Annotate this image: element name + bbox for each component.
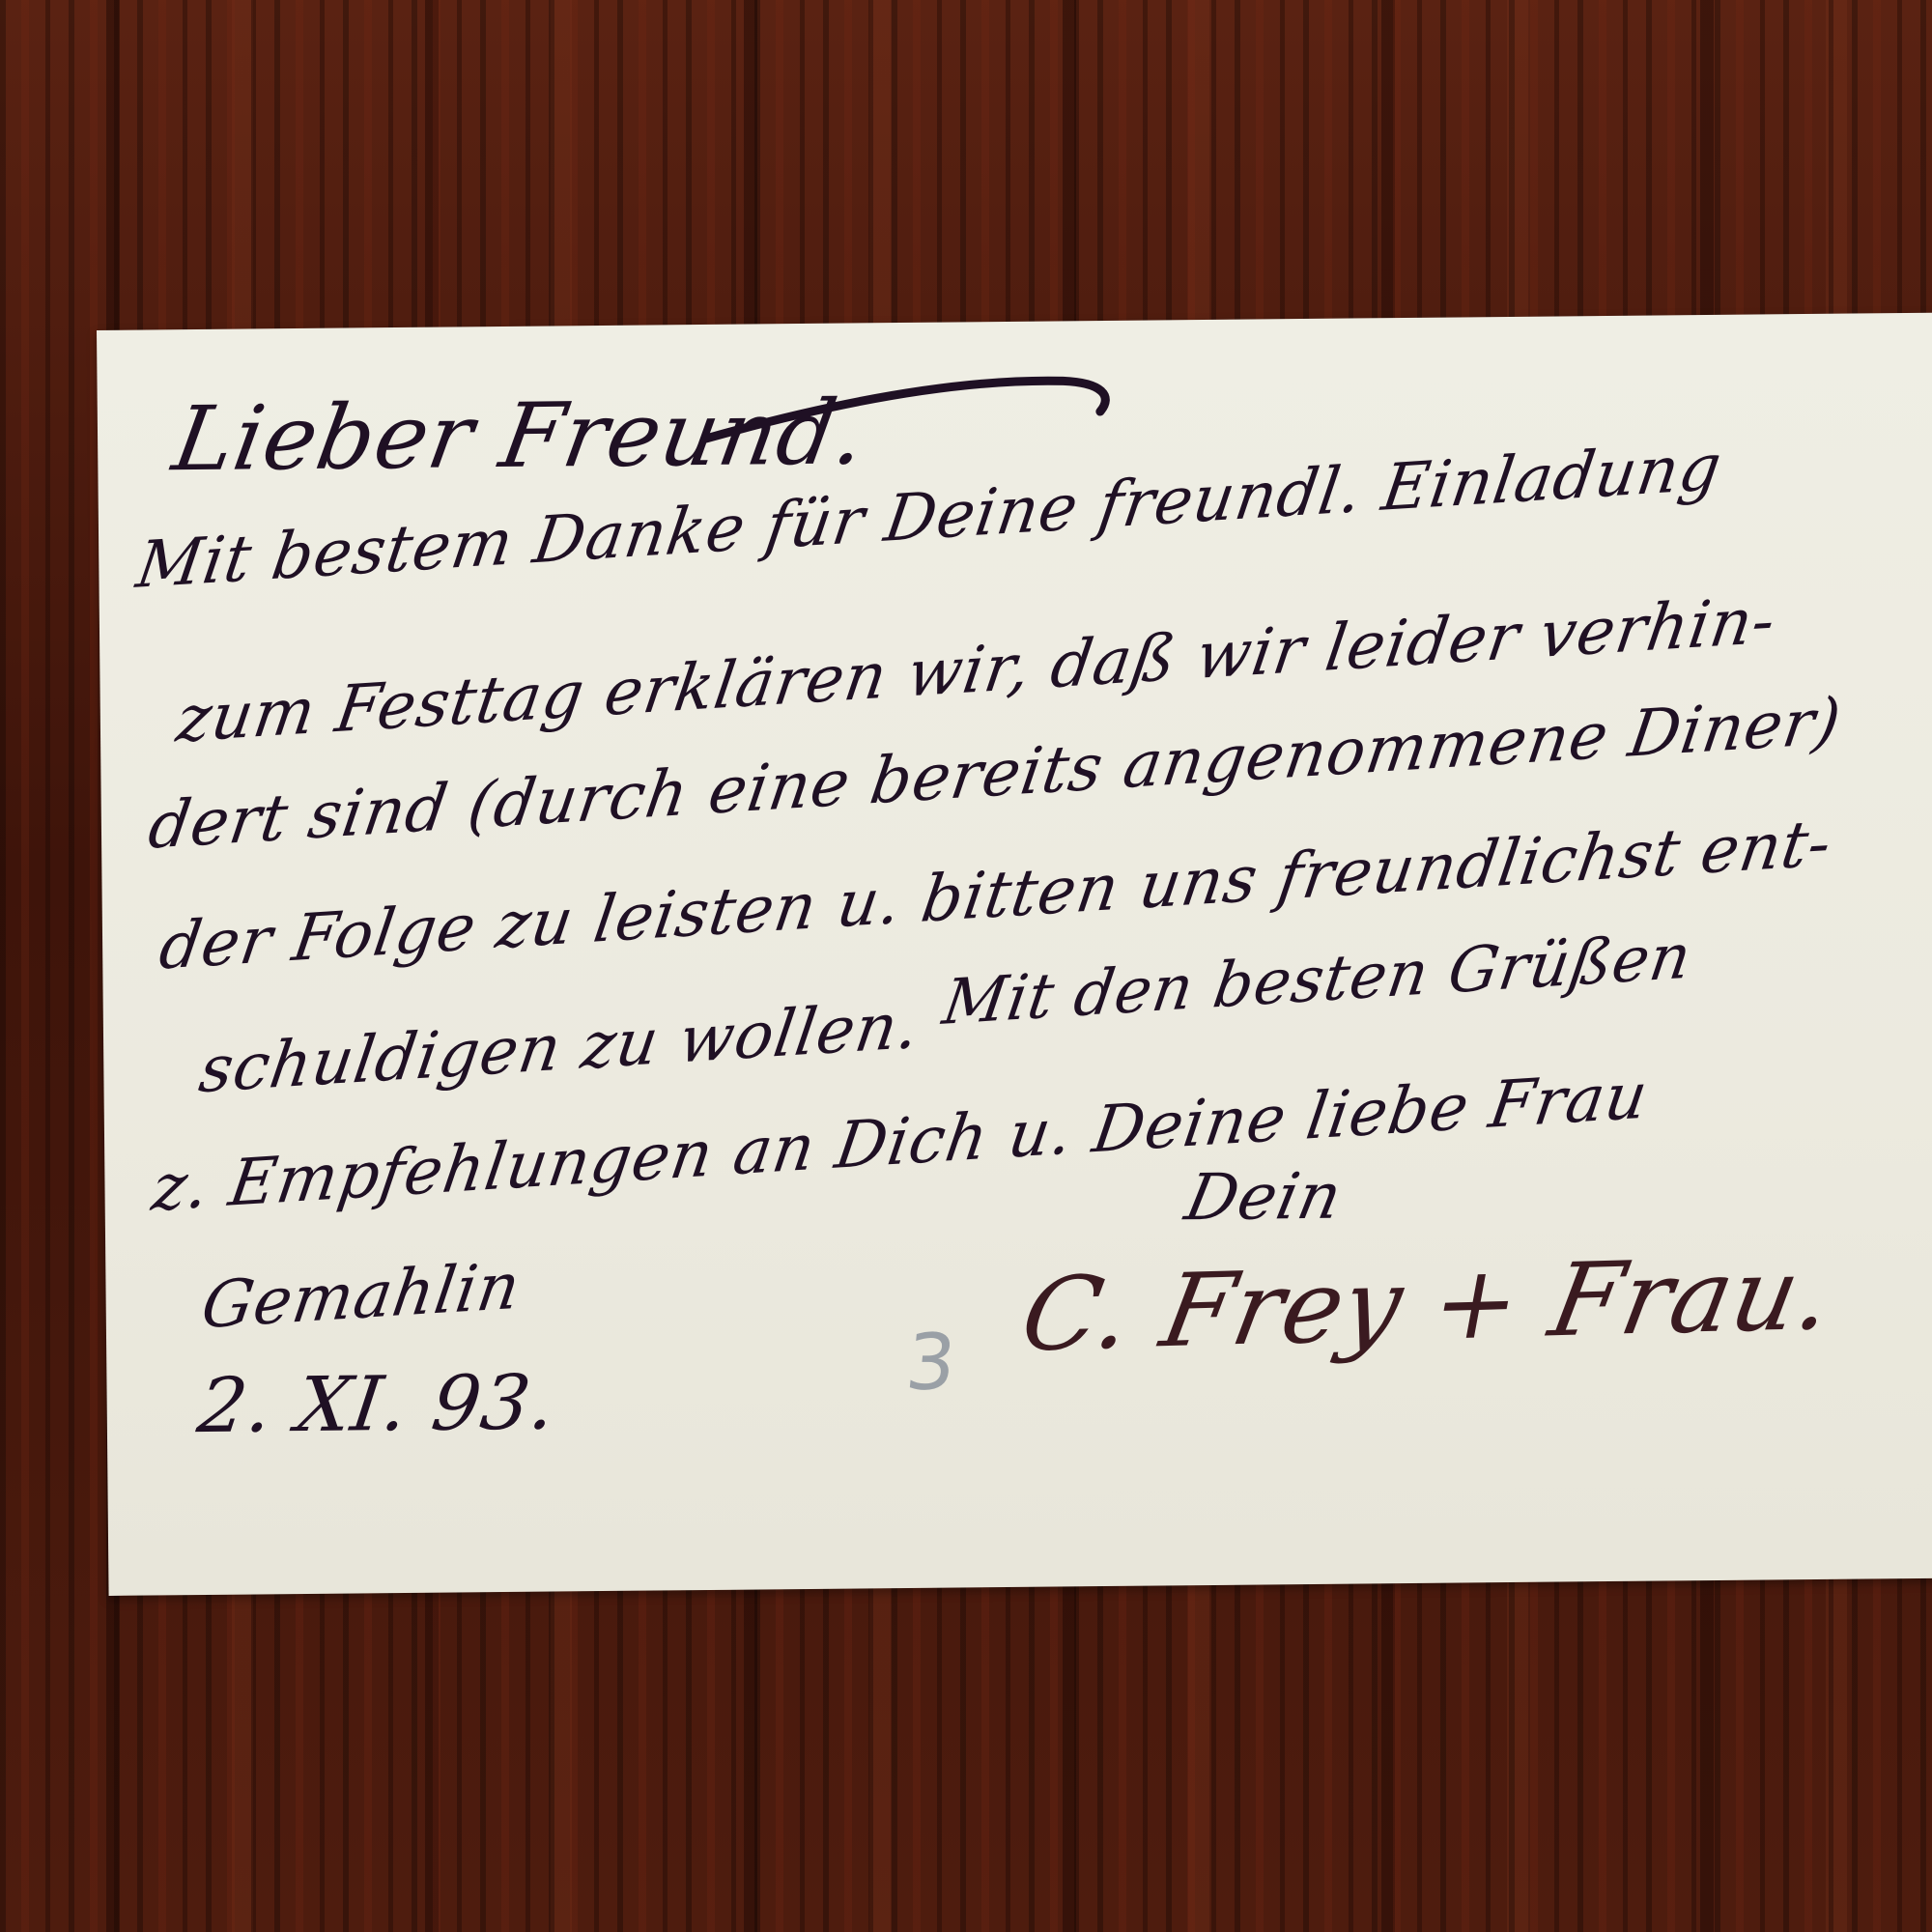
pencil-annotation: 3	[902, 1317, 960, 1407]
flourish-stroke	[696, 367, 1122, 448]
date: 2. XI. 93.	[193, 1359, 561, 1450]
valediction: Dein	[1179, 1159, 1349, 1236]
body-line-5: schuldigen zu wollen.	[195, 987, 924, 1107]
signature: C. Frey + Frau.	[1013, 1234, 1843, 1374]
closing-greeting: Mit den besten Grüßen	[938, 921, 1696, 1039]
letter-card: Lieber Freund. Mit bestem Danke für Dein…	[97, 312, 1932, 1595]
body-line-7: Gemahlin	[197, 1248, 526, 1343]
